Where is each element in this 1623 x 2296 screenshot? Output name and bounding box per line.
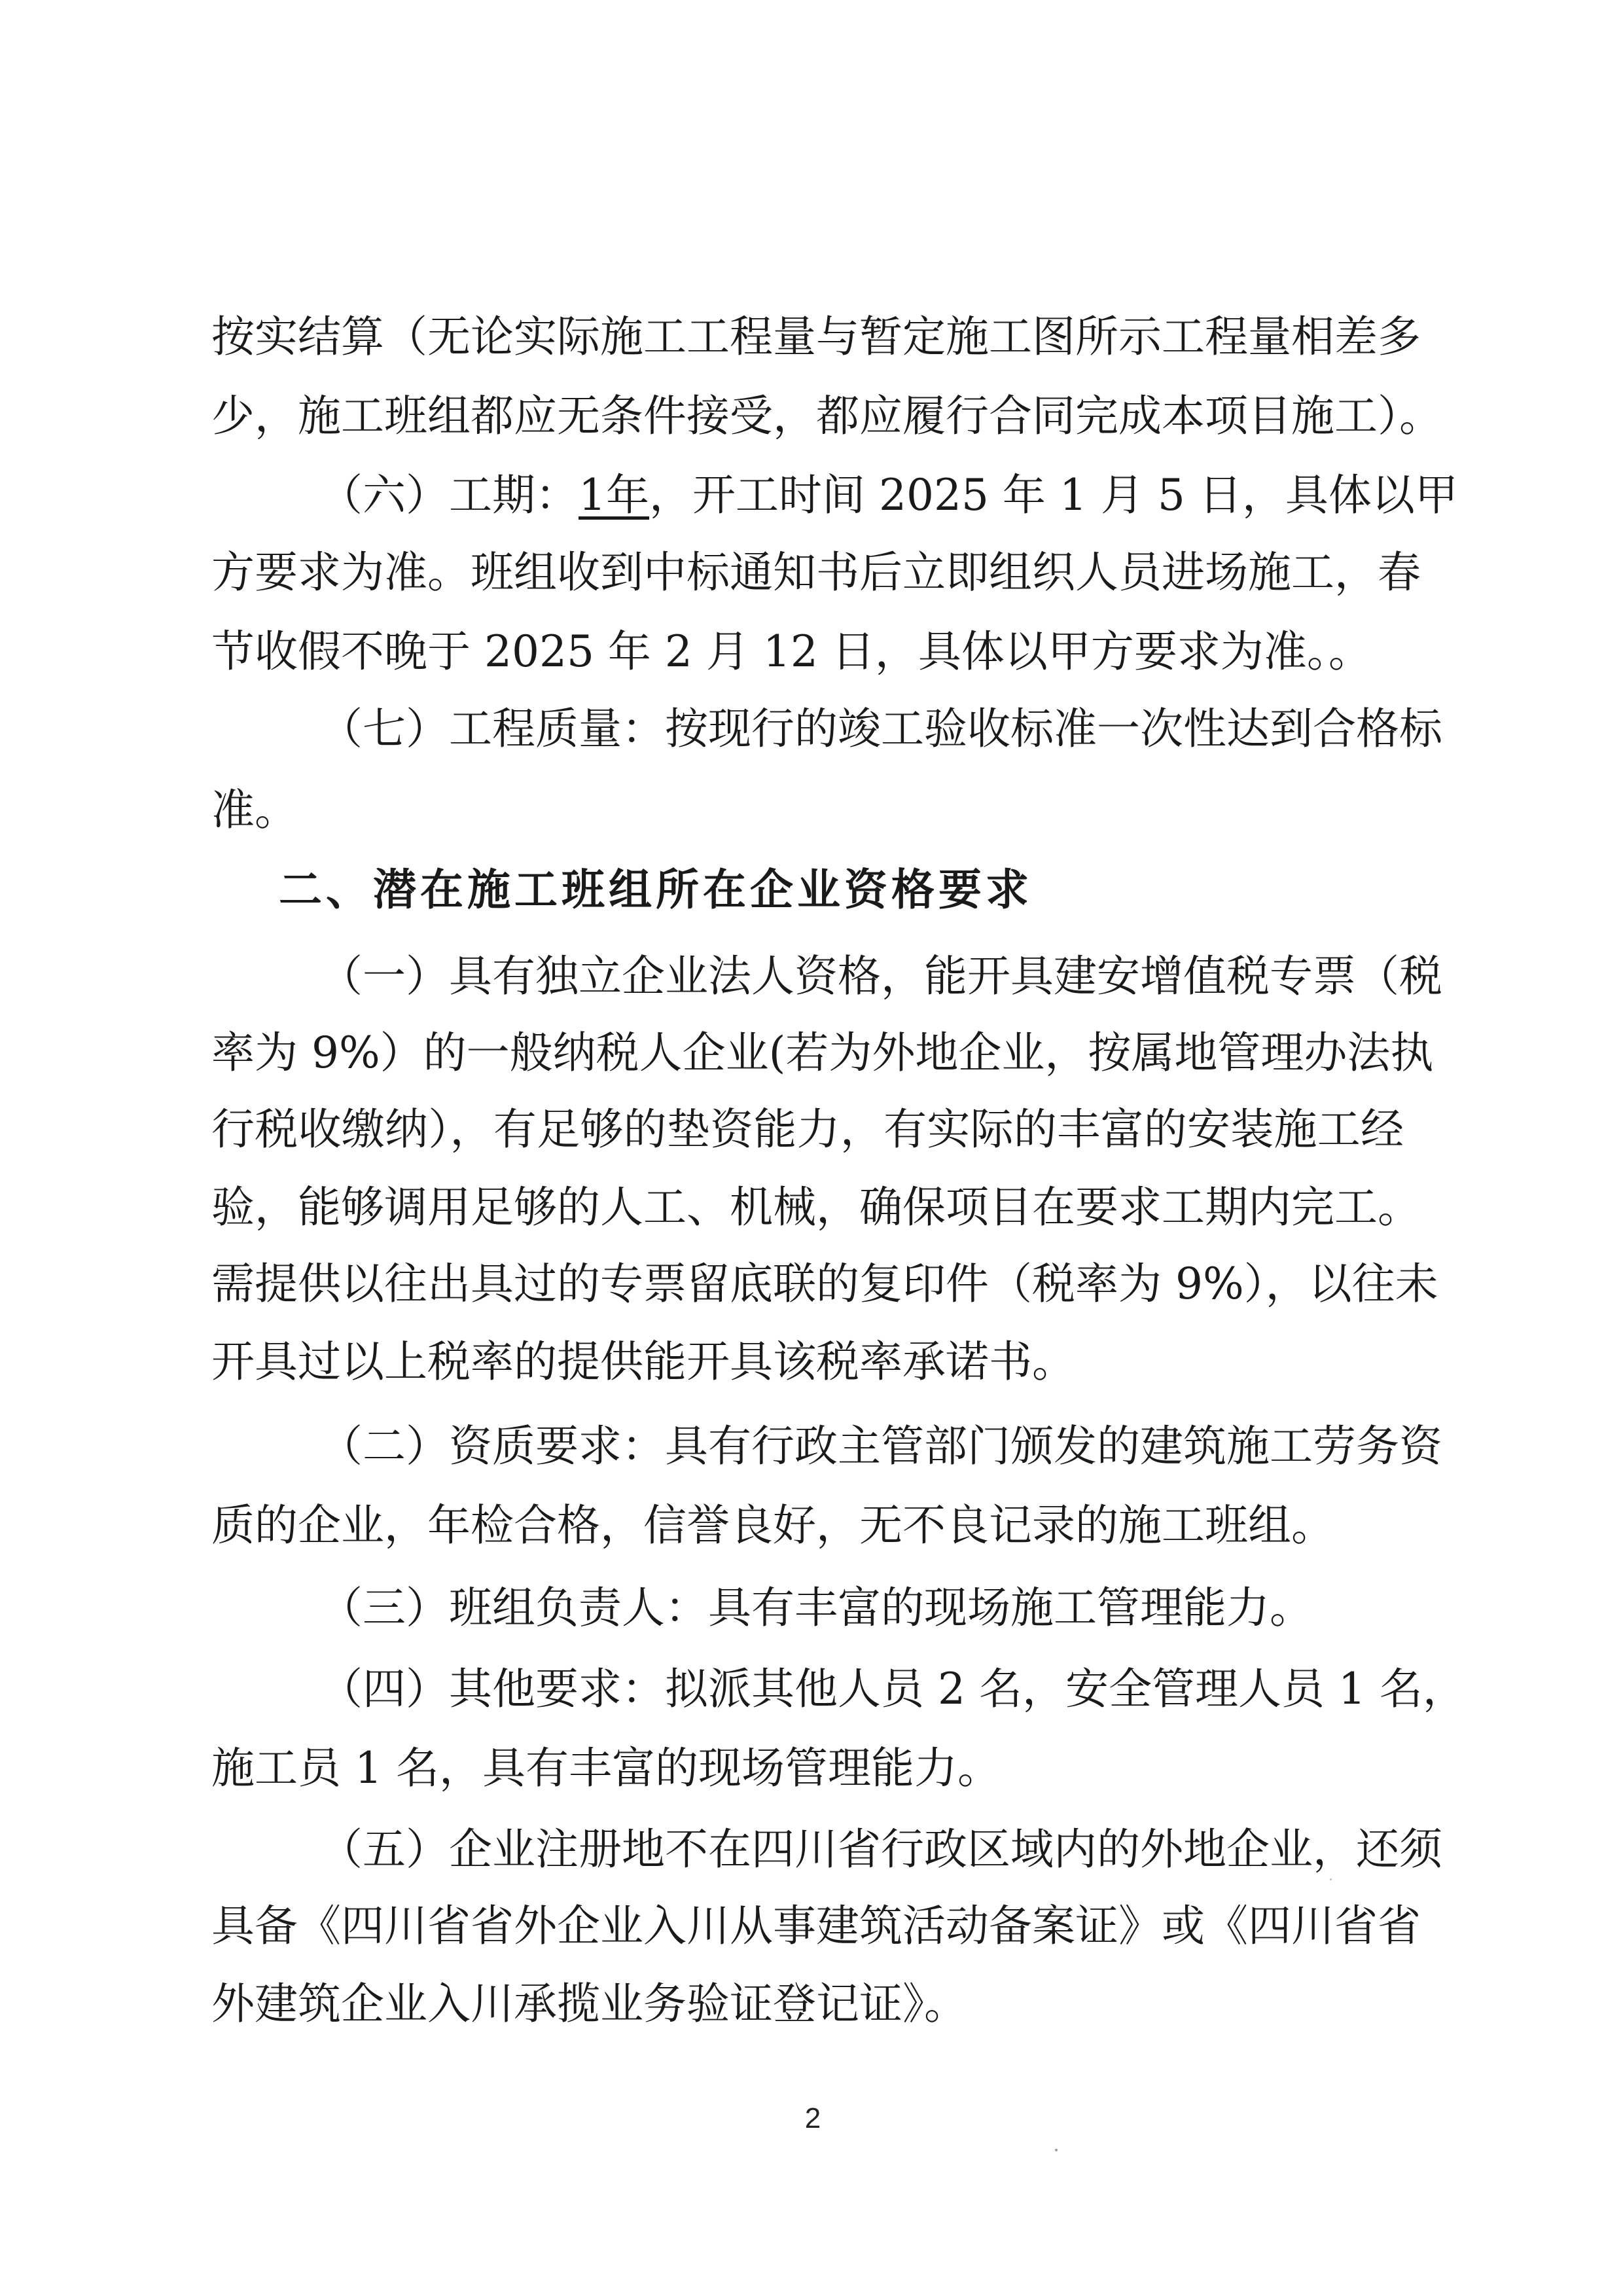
item-5-first-line: （五）企业注册地不在四川省行政区域内的外地企业，还须 — [319, 1817, 1404, 1882]
page-number: 2 — [800, 2102, 826, 2135]
paragraph-line: 行税收缴纳），有足够的垫资能力，有实际的丰富的安装施工经 — [211, 1097, 1404, 1162]
scan-speck — [1055, 2149, 1058, 2151]
paragraph-line: 外建筑企业入川承揽业务验证登记证》。 — [211, 1971, 1404, 2037]
item-3-line: （三）班组负责人：具有丰富的现场施工管理能力。 — [319, 1575, 1404, 1641]
paragraph-line: 开具过以上税率的提供能开具该税率承诺书。 — [211, 1329, 1404, 1395]
item-6-label: （六）工期： — [319, 470, 579, 520]
section-heading: 二、潜在施工班组所在企业资格要求 — [279, 857, 1033, 923]
paragraph-line: 率为 9%）的一般纳税人企业(若为外地企业，按属地管理办法执 — [211, 1020, 1404, 1086]
item-6-line1-rest: ，开工时间 2025 年 1 月 5 日，具体以甲 — [649, 470, 1458, 520]
paragraph-line: 需提供以往出具过的专票留底联的复印件（税率为 9%），以往未 — [211, 1251, 1404, 1317]
item-1-first-line: （一）具有独立企业法人资格，能开具建安增值税专票（税 — [319, 944, 1404, 1009]
item-2-first-line: （二）资质要求：具有行政主管部门颁发的建筑施工劳务资 — [319, 1414, 1404, 1479]
paragraph-line: 按实结算（无论实际施工工程量与暂定施工图所示工程量相差多 — [211, 304, 1404, 370]
paragraph-line: 节收假不晚于 2025 年 2 月 12 日，具体以甲方要求为准。。 — [211, 619, 1404, 685]
scan-speck — [1330, 1878, 1332, 1880]
paragraph-line: 验，能够调用足够的人工、机械，确保项目在要求工期内完工。 — [211, 1175, 1404, 1240]
paragraph-line: 施工员 1 名，具有丰富的现场管理能力。 — [211, 1736, 1404, 1801]
paragraph-line: 少，施工班组都应无条件接受，都应履行合同完成本项目施工）。 — [211, 384, 1404, 449]
item-7-first-line: （七）工程质量：按现行的竣工验收标准一次性达到合格标 — [319, 696, 1404, 762]
paragraph-line: 具备《四川省省外企业入川从事建筑活动备案证》或《四川省省 — [211, 1893, 1404, 1959]
item-4-first-line: （四）其他要求：拟派其他人员 2 名，安全管理人员 1 名， — [319, 1657, 1404, 1722]
item-6-first-line: （六）工期：1年，开工时间 2025 年 1 月 5 日，具体以甲 — [319, 463, 1404, 528]
document-page: 按实结算（无论实际施工工程量与暂定施工图所示工程量相差多 少，施工班组都应无条件… — [0, 0, 1623, 2296]
paragraph-line: 质的企业，年检合格，信誉良好，无不良记录的施工班组。 — [211, 1493, 1404, 1558]
paragraph-line: 准。 — [211, 778, 1404, 843]
duration-underlined: 1年 — [579, 470, 649, 520]
paragraph-line: 方要求为准。班组收到中标通知书后立即组织人员进场施工，春 — [211, 540, 1404, 605]
